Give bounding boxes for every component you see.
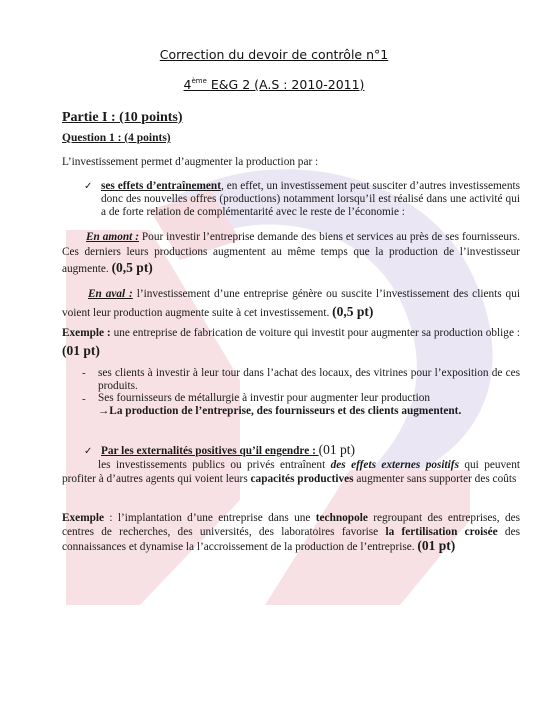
aval-paragraph: En aval : l’investissement d’une entrepr… <box>62 286 520 322</box>
exemple2-bold1: technopole <box>316 512 368 524</box>
subtitle-class-year: E&G 2 (A.S : 2010-2011) <box>207 77 365 92</box>
list-marker: - <box>82 367 86 379</box>
externalites-paragraph: les investissements publics ou privés en… <box>62 458 520 486</box>
part-heading: Partie I : (10 points) <box>62 110 183 126</box>
ext-text-italic: des effets externes positifs <box>331 459 459 471</box>
exemple2-label: Exemple <box>62 512 104 524</box>
aval-points: (0,5 pt) <box>332 304 373 319</box>
document-subtitle: 4ème E&G 2 (A.S : 2010-2011) <box>0 77 548 92</box>
exemple2-points: (01 pt) <box>417 538 455 553</box>
ext-text-bold: capacités productives <box>251 473 354 485</box>
conclusion-text: →La production de l’entreprise, des four… <box>98 405 520 418</box>
amont-points: (0,5 pt) <box>112 260 153 275</box>
ext-text-c: augmenter sans supporter des coûts <box>354 473 517 485</box>
document-page: Correction du devoir de contrôle n°1 4èm… <box>0 0 548 720</box>
subtitle-level: 4 <box>184 77 192 92</box>
document-title: Correction du devoir de contrôle n°1 <box>0 47 548 62</box>
intro-text: L’investissement permet d’augmenter la p… <box>62 156 522 169</box>
exemple2-text-a: : l’implantation d’une entreprise dans u… <box>104 512 316 524</box>
amont-label: En amont : <box>86 231 139 243</box>
list-item: Ses fournisseurs de métallurgie à invest… <box>98 392 520 405</box>
exemple1-label: Exemple : <box>62 327 111 339</box>
exemple1-text: une entreprise de fabrication de voiture… <box>111 327 520 339</box>
checkmark-icon: ✓ <box>84 446 92 457</box>
exemple1-paragraph: Exemple : une entreprise de fabrication … <box>62 325 520 361</box>
question-heading: Question 1 : (4 points) <box>62 132 171 144</box>
exemple2-paragraph: Exemple : l’implantation d’une entrepris… <box>62 511 520 555</box>
checkmark-icon: ✓ <box>84 181 92 192</box>
amont-paragraph: En amont : Pour investir l’entreprise de… <box>62 230 520 277</box>
exemple1-points: (01 pt) <box>62 343 100 358</box>
subtitle-sup: ème <box>192 77 207 85</box>
bullet-externalites: Par les externalités positives qu’il eng… <box>101 443 520 458</box>
bullet1-label: ses effets d’entraînement <box>101 180 221 192</box>
list-marker: - <box>82 393 86 405</box>
aval-label: En aval : <box>88 288 133 300</box>
bullet2-points: (01 pt) <box>319 442 355 457</box>
list-item: ses clients à investir à leur tour dans … <box>98 367 520 393</box>
exemple2-bold2: la fertilisation croisée <box>385 526 497 538</box>
ext-text-a: les investissements publics ou privés en… <box>98 459 331 471</box>
bullet-effets-entrainement: ses effets d’entraînement, en effet, un … <box>101 180 520 219</box>
bullet2-label: Par les externalités positives qu’il eng… <box>101 445 319 457</box>
